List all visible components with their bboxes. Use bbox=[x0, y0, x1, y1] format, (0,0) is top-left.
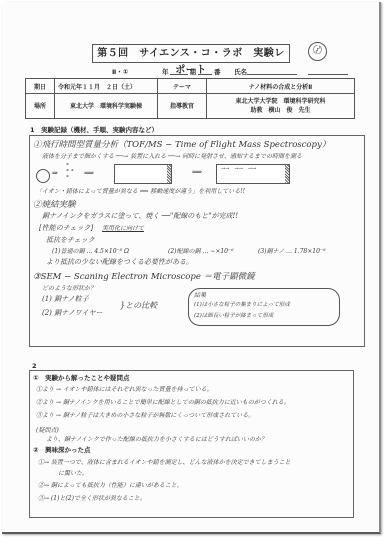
finding-2: ②より → 銅ナノインクを用いることで簡単に配線としての銅の抵抗力に近いものがつ… bbox=[36, 397, 290, 406]
year-label: 年 bbox=[162, 67, 169, 76]
arrow-icon: ⟹ bbox=[84, 169, 94, 177]
sem-compare: }との比較 bbox=[120, 300, 157, 311]
finding-1: ①より → イオンや錯体にはそれぞれ異なった質量を持っている。 bbox=[36, 384, 213, 393]
section2-sub1-heading: ① 実験から解ったことや疑問点 bbox=[33, 373, 130, 382]
number-field[interactable] bbox=[198, 66, 212, 75]
school-mark: Ⅱ・① bbox=[112, 67, 128, 76]
section1-box: ①飛行時間型質量分析（TOF/MS − Time of Flight Mass … bbox=[29, 135, 365, 347]
tof-title: ①飛行時間型質量分析（TOF/MS − Time of Flight Mass … bbox=[33, 138, 330, 150]
arrow-icon: ⇒ bbox=[52, 169, 58, 177]
instructor-line2: 助教 横山 俊 先生 bbox=[210, 106, 351, 115]
sinter-line3a: (1)普通の銅 … 4.5×10⁻⁸ Ω bbox=[52, 246, 129, 255]
section2-sub2-heading: ② 興味深かった点 bbox=[33, 445, 91, 454]
sinter-line3c: (3)銅ナノ … 1.78×10⁻⁸ bbox=[258, 246, 326, 255]
molecule-icon bbox=[36, 169, 50, 183]
result-callout: 結果 (1)は小さな粒子の集まりによって形成 (2)は細長い粒子が絡まって形成 bbox=[188, 288, 340, 326]
arrow-icon: ⟹ bbox=[192, 168, 202, 176]
interest-2: ②→ 銅によっても抵抗力（性能）に違いがあること。 bbox=[38, 480, 183, 489]
instructor-label: 指導教官 bbox=[158, 94, 207, 119]
sinter-title: ②焼結実験 bbox=[33, 198, 76, 210]
date-value: 令和元年１１月 ２日（土） bbox=[55, 79, 158, 94]
name-field-2[interactable] bbox=[308, 66, 348, 75]
particles-icon: °° °° bbox=[66, 164, 74, 182]
finding-3: ③より → 銅ナノ粒子は大きめの小さな粒子が無数にくっついて形成されている。 bbox=[36, 410, 254, 419]
place-value: 東北大学 環境科学実験棟 bbox=[55, 94, 158, 119]
name-label: 氏名 bbox=[234, 67, 247, 76]
result-label: 結果 bbox=[194, 290, 206, 299]
sem-line1: どのような形状か？ bbox=[42, 283, 96, 292]
date-label: 期日 bbox=[26, 79, 55, 94]
interest-1: ①→ 装置一つで、液体に含まれるイオンや錯を測定し、どんな液体かを決定できてしま… bbox=[38, 457, 291, 466]
report-page: 第５回 サイエンス・コ・ラボ 実験レポート 〄 Ⅱ・① 年 組 番 氏名 期日 … bbox=[2, 2, 381, 534]
tof-line2: 「イオン・錯体によって質量が異なる ⟺ 移動速度が違う」を利用している!! bbox=[36, 186, 245, 195]
sinter-check: [性能のチェック] bbox=[39, 223, 93, 233]
info-table: 期日 令和元年１１月 ２日（土） テーマ ナノ材料の合成と分析Ⅱ 場所 東北大学… bbox=[25, 78, 355, 119]
result-line2: (2)は細長い粒子が絡まって形成 bbox=[194, 311, 273, 319]
sinter-line2: 抵抗をチェック bbox=[46, 235, 95, 245]
tof-line1: 液体を分子まで細かくする ──→ 装置に入れる ──→ 同時に発射させ、感知する… bbox=[42, 151, 302, 160]
name-field[interactable] bbox=[247, 66, 297, 75]
stamp-icon: 〄 bbox=[308, 42, 327, 61]
sinter-line1: 銅ナノインクをガラスに塗って、焼く ──"配線のもと"が完成!! bbox=[42, 211, 238, 221]
section1-heading: 1 実験記録（機材、手順、実験内容など） bbox=[30, 125, 158, 134]
sinter-check-note: 実用化に向けて bbox=[102, 223, 144, 232]
section2-box: ① 実験から解ったことや疑問点 ①より → イオンや錯体にはそれぞれ異なった質量… bbox=[29, 370, 354, 518]
sem-line3: (2) 銅ナノワイヤー bbox=[42, 308, 102, 318]
interest-3: ③→ (1)と(2)で全く形状が異なること。 bbox=[38, 493, 146, 502]
place-label: 場所 bbox=[26, 94, 55, 119]
interest-1b: に驚いた。 bbox=[58, 468, 88, 477]
theme-value: ナノ材料の合成と分析Ⅱ bbox=[207, 79, 355, 94]
theme-label: テーマ bbox=[158, 79, 207, 94]
question-line: より、銅ナノインクで作った配線の抵抗力を小さくするにはどうすればいいのか？ bbox=[46, 434, 267, 443]
sinter-line4: より抵抗の少ない配線をつくる必要性がある。 bbox=[46, 257, 193, 267]
class-field[interactable] bbox=[170, 66, 188, 75]
class-label: 組 bbox=[190, 67, 197, 76]
tube-after-icon: →→ →→ →→ bbox=[216, 164, 290, 184]
instructor-value: 東北大学大学院 環境科学研究科 助教 横山 俊 先生 bbox=[207, 94, 355, 119]
tube-before-icon bbox=[114, 164, 172, 184]
question-label: (疑問点) bbox=[36, 425, 59, 434]
section2-number: 2 bbox=[32, 362, 37, 370]
sem-line2: (1) 銅ナノ粒子 bbox=[42, 294, 89, 304]
sinter-line3b: (2)配線の銅 … ∼×10⁻⁶ bbox=[168, 246, 234, 255]
student-info-line: Ⅱ・① 年 組 番 氏名 bbox=[112, 66, 372, 78]
report-title: 第５回 サイエンス・コ・ラボ 実験レポート bbox=[92, 44, 290, 63]
sem-title: ③SEM − Scaning Electron Microscope ＝電子顕微… bbox=[33, 270, 255, 282]
number-label: 番 bbox=[214, 67, 221, 76]
result-line1: (1)は小さな粒子の集まりによって形成 bbox=[194, 300, 290, 308]
instructor-line1: 東北大学大学院 環境科学研究科 bbox=[210, 97, 351, 106]
